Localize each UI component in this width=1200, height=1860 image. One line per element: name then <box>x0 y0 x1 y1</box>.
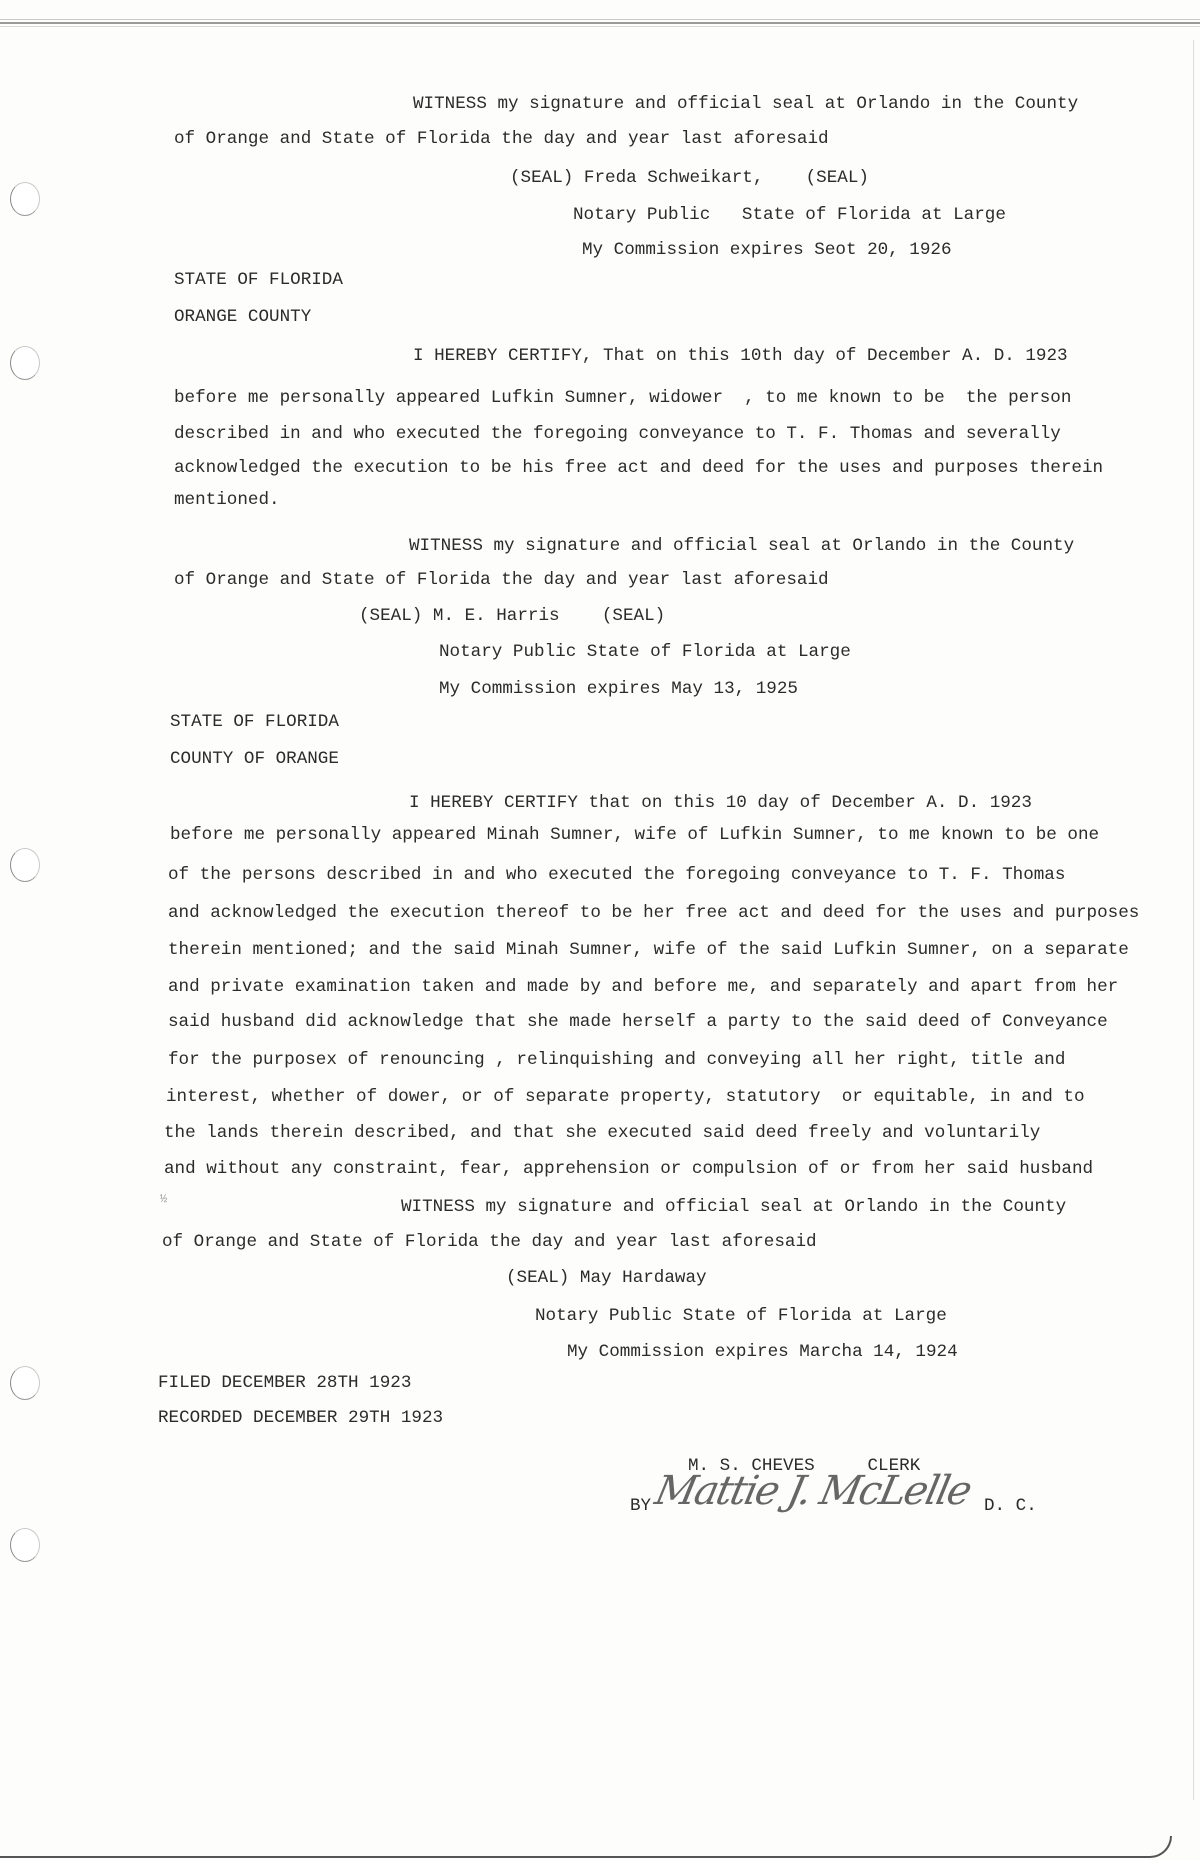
notary-seal-line: (SEAL) M. E. Harris (SEAL) <box>359 606 665 626</box>
certify-text: described in and who executed the forego… <box>174 424 1061 444</box>
certify-text: before me personally appeared Lufkin Sum… <box>174 388 1071 408</box>
commission-expiry: My Commission expires Marcha 14, 1924 <box>567 1342 958 1362</box>
certify-text: I HEREBY CERTIFY that on this 10 day of … <box>409 793 1032 813</box>
scan-artifact-line <box>0 22 1200 24</box>
punch-hole-icon <box>10 848 40 882</box>
certify-text: I HEREBY CERTIFY, That on this 10th day … <box>413 346 1068 366</box>
notary-seal-line: (SEAL) Freda Schweikart, (SEAL) <box>510 168 869 188</box>
commission-expiry: My Commission expires May 13, 1925 <box>439 679 798 699</box>
margin-mark: ½ <box>160 1192 164 1210</box>
deputy-clerk-signature: Mattie J. McLelle <box>651 1468 974 1514</box>
by-label: BY <box>630 1496 651 1516</box>
witness-text: of Orange and State of Florida the day a… <box>174 129 829 149</box>
venue-county: ORANGE COUNTY <box>174 307 311 327</box>
venue-county: COUNTY OF ORANGE <box>170 749 339 769</box>
certify-text: therein mentioned; and the said Minah Su… <box>168 940 1129 960</box>
punch-hole-icon <box>10 1366 40 1400</box>
notary-title: Notary Public State of Florida at Large <box>439 642 851 662</box>
venue-state: STATE OF FLORIDA <box>170 712 339 732</box>
certify-text: and private examination taken and made b… <box>168 977 1118 997</box>
page-bottom-edge <box>0 1836 1172 1858</box>
certify-text: said husband did acknowledge that she ma… <box>168 1012 1108 1032</box>
commission-expiry: My Commission expires Seot 20, 1926 <box>582 240 952 260</box>
witness-text: WITNESS my signature and official seal a… <box>401 1197 1066 1217</box>
witness-text: WITNESS my signature and official seal a… <box>409 536 1074 556</box>
witness-text: WITNESS my signature and official seal a… <box>413 94 1078 114</box>
punch-hole-icon <box>10 1528 40 1562</box>
venue-state: STATE OF FLORIDA <box>174 270 343 290</box>
certify-text: mentioned. <box>174 490 280 510</box>
filed-date: FILED DECEMBER 28TH 1923 <box>158 1373 411 1393</box>
certify-text: of the persons described in and who exec… <box>168 865 1065 885</box>
certify-text: and acknowledged the execution thereof t… <box>168 903 1139 923</box>
deputy-clerk-label: D. C. <box>984 1496 1037 1516</box>
certify-text: the lands therein described, and that sh… <box>164 1123 1040 1143</box>
page-edge <box>1193 40 1194 1800</box>
scan-artifact-line <box>0 19 1200 20</box>
certify-text: before me personally appeared Minah Sumn… <box>170 825 1099 845</box>
certify-text: and without any constraint, fear, appreh… <box>164 1159 1093 1179</box>
certify-text: acknowledged the execution to be his fre… <box>174 458 1103 478</box>
punch-hole-icon <box>10 346 40 380</box>
notary-seal-line: (SEAL) May Hardaway <box>506 1268 707 1288</box>
notary-title: Notary Public State of Florida at Large <box>535 1306 947 1326</box>
scan-artifact-line <box>0 26 1200 27</box>
document-page: WITNESS my signature and official seal a… <box>0 0 1200 1860</box>
notary-title: Notary Public State of Florida at Large <box>573 205 1006 225</box>
recorded-date: RECORDED DECEMBER 29TH 1923 <box>158 1408 443 1428</box>
witness-text: of Orange and State of Florida the day a… <box>174 570 829 590</box>
punch-hole-icon <box>10 182 40 216</box>
certify-text: for the purposex of renouncing , relinqu… <box>168 1050 1065 1070</box>
witness-text: of Orange and State of Florida the day a… <box>162 1232 817 1252</box>
certify-text: interest, whether of dower, or of separa… <box>166 1087 1085 1107</box>
